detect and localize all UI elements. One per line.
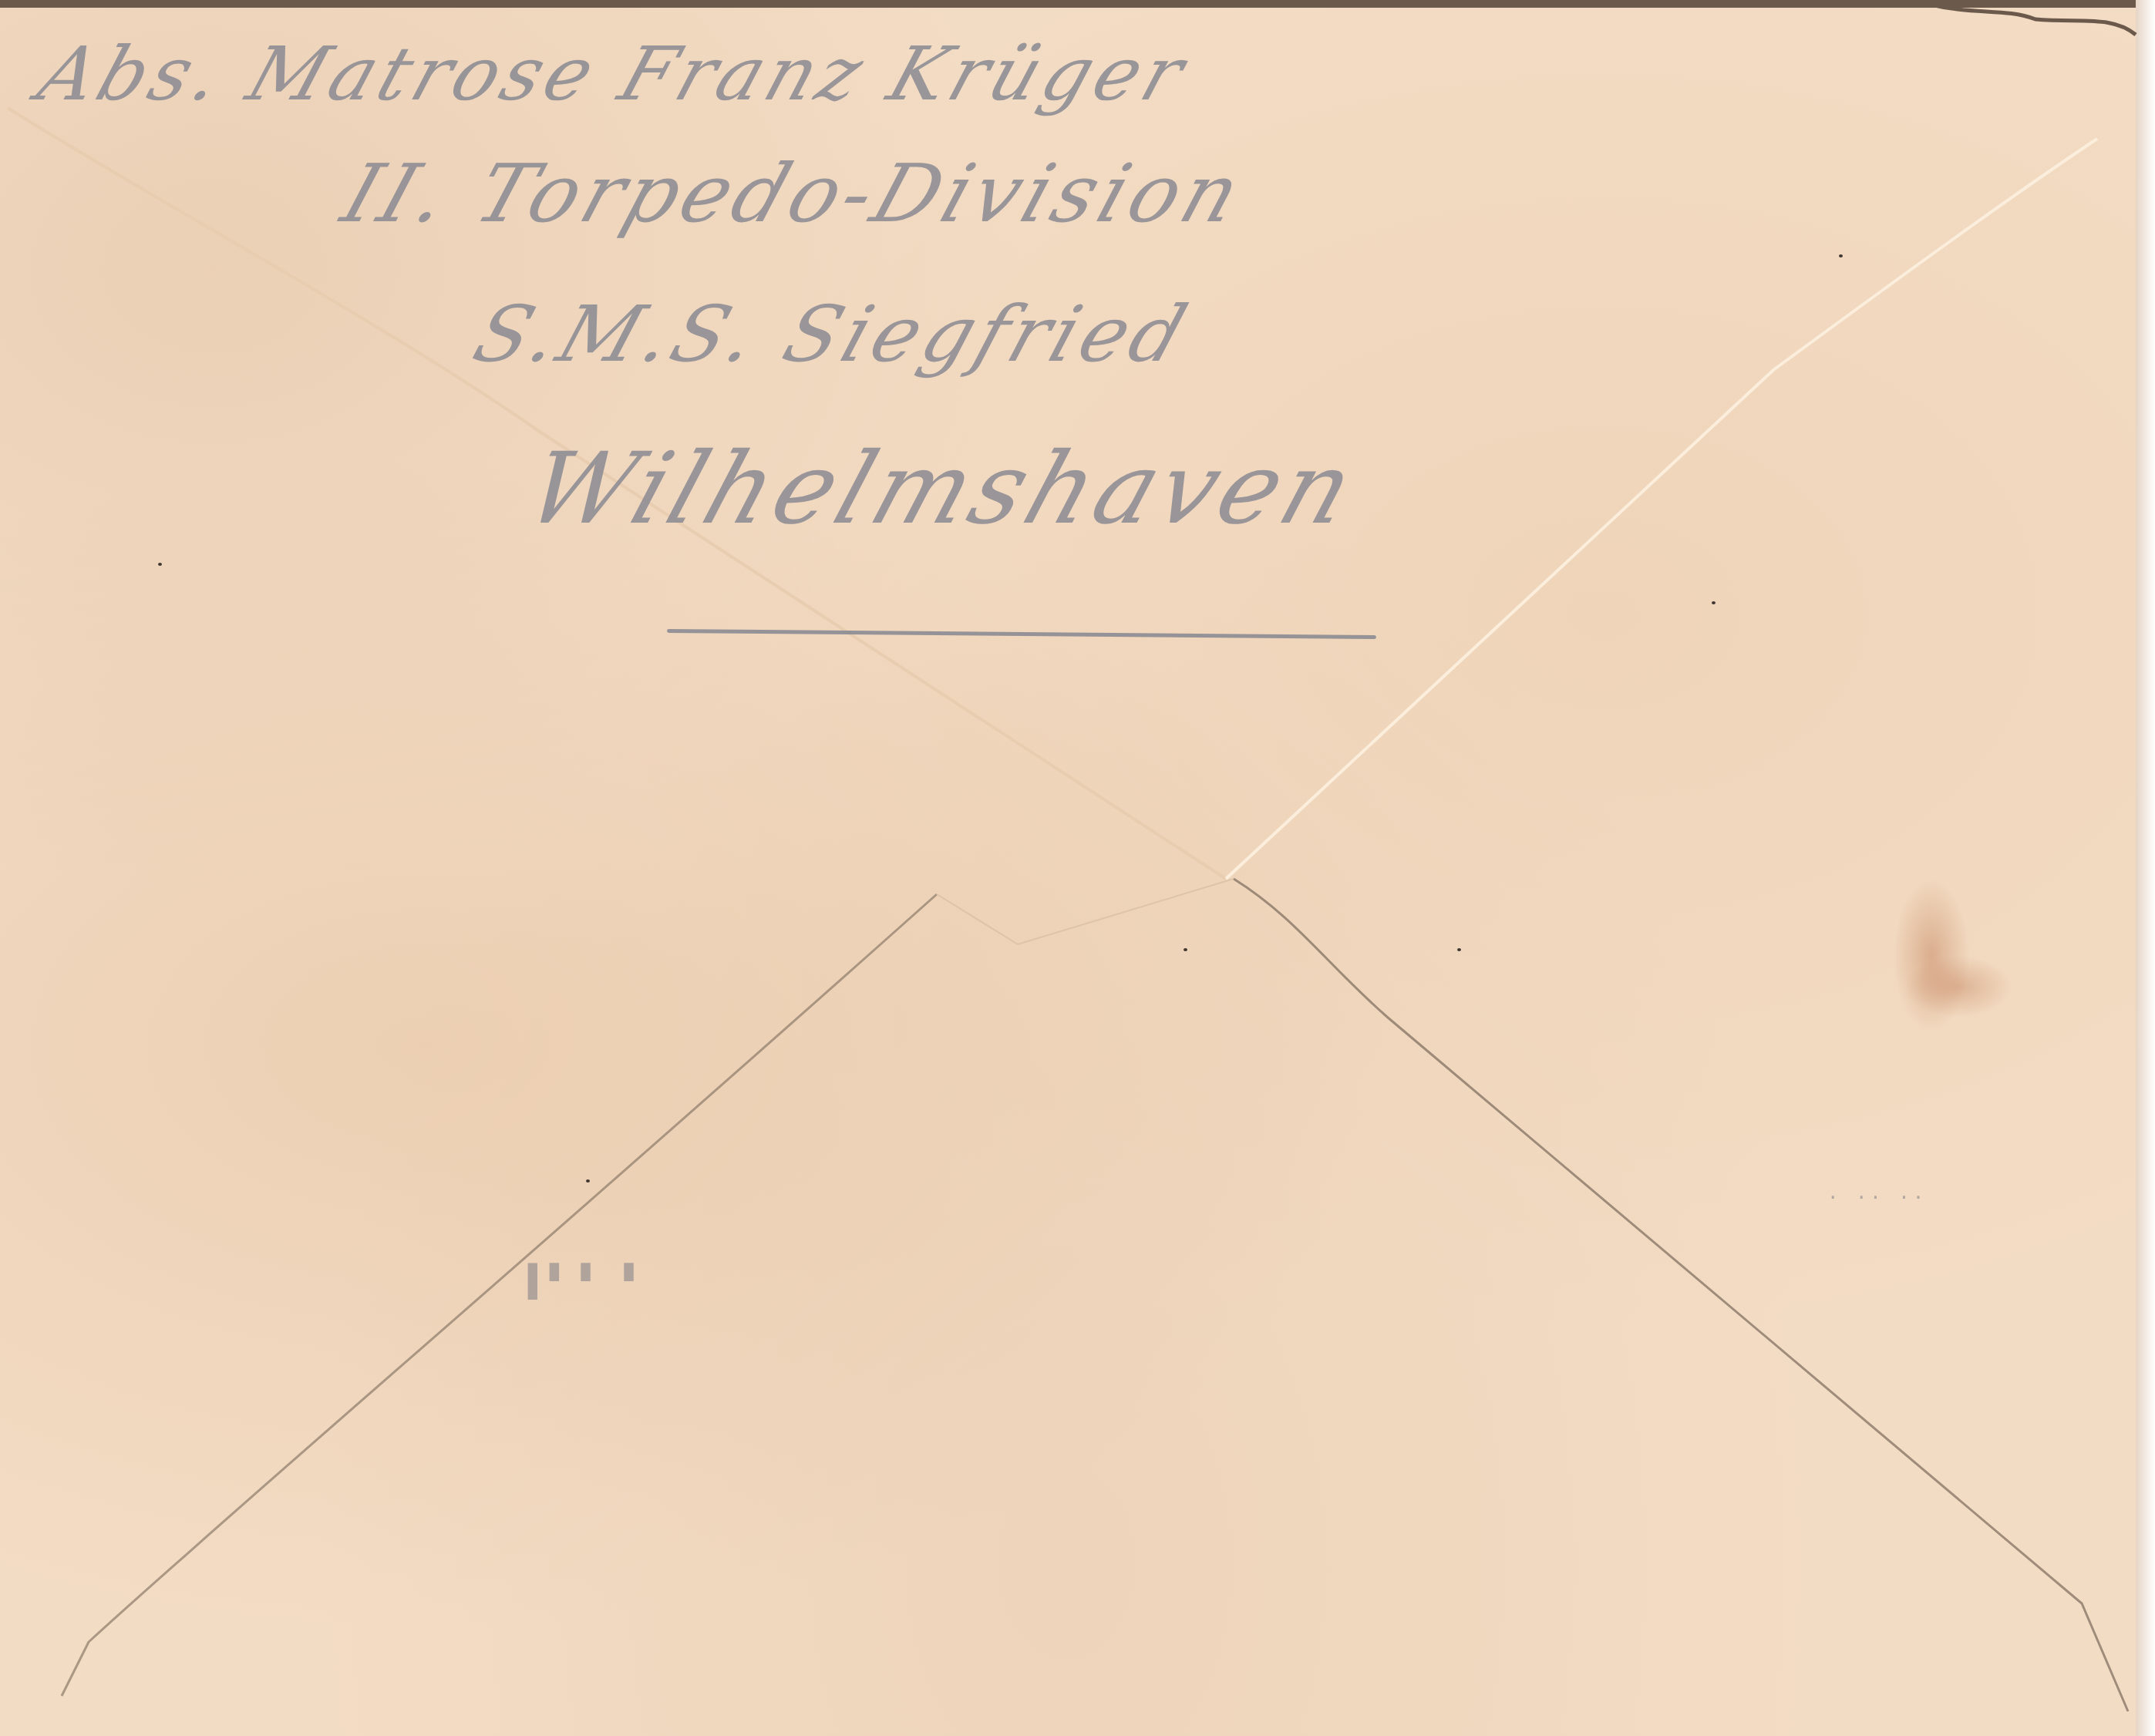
sender-line-rank-name: Abs. Matrose Franz Krüger <box>29 31 1199 117</box>
paper-speck <box>586 1179 590 1183</box>
faint-postmark-left: ▌▘▝ ▝ <box>528 1264 636 1300</box>
sender-line-city: Wilhelmshaven <box>513 432 1372 547</box>
sender-line-ship: S.M.S. Siegfried <box>463 289 1201 379</box>
envelope-fold-lines <box>0 0 2155 1736</box>
faint-postmark-right: · ·· ·· <box>1827 1187 1927 1209</box>
paper-speck <box>1712 601 1716 604</box>
paper-speck <box>1457 948 1461 951</box>
paper-speck <box>1184 948 1187 951</box>
rust-stain-foot <box>1904 956 2012 1018</box>
paper-speck <box>1839 254 1843 257</box>
sender-line-unit: II. Torpedo-Division <box>332 146 1256 241</box>
top-flap-right-edge <box>1226 139 2097 879</box>
paper-speck <box>158 563 162 566</box>
bottom-flap-left-edge <box>62 894 937 1696</box>
